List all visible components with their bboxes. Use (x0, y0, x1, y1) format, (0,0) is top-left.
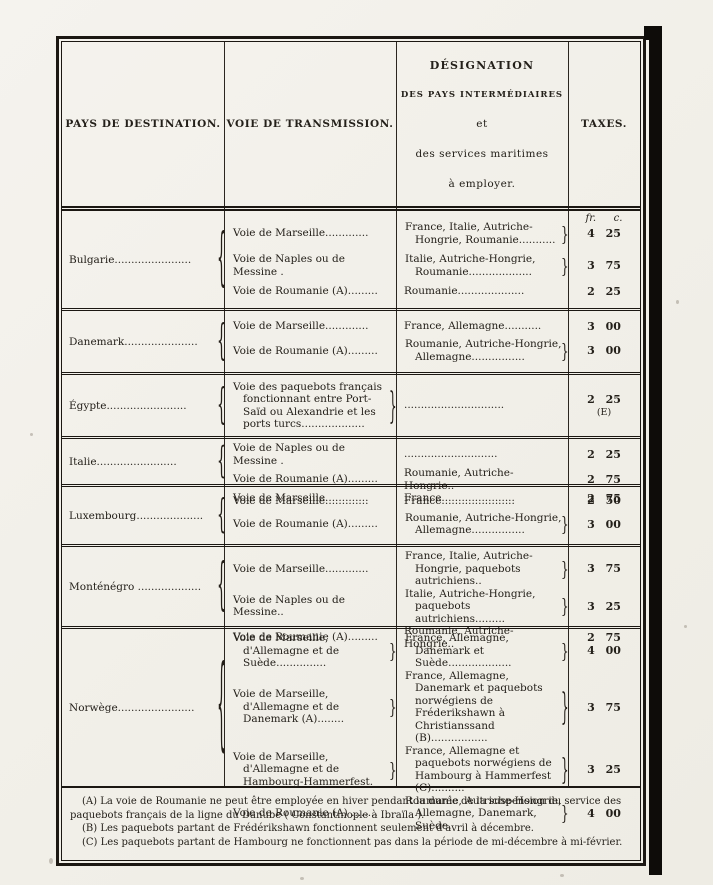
routes-group: { Voie de Marseille............. France,… (224, 311, 640, 372)
voie-text: Voie des paquebots français fonctionnant… (224, 381, 396, 431)
route-line: Voie de Naples ou de Messine . Italie, A… (224, 253, 640, 278)
taxe-value: 3 25 (568, 600, 640, 613)
route-line: Voie de Marseille............. France, A… (224, 320, 640, 333)
voie-text: Voie de Roumanie (A) ........ (224, 807, 396, 820)
route-line: Voie de Roumanie (A)......... Roumanie..… (224, 285, 640, 298)
taxe-value: 3 25 (568, 763, 640, 776)
taxe-value: 2 25 (E) (568, 393, 640, 419)
route-line: Voie de Roumanie (A)......... Roumanie, … (224, 338, 640, 363)
route-line: Voie de Roumanie (A) ........ Roumanie, … (224, 795, 640, 833)
designation-text: France...................... (396, 495, 568, 508)
header-voie: VOIE DE TRANSMISSION. (224, 42, 396, 206)
destination-label: Danemark...................... (62, 311, 224, 372)
voie-text: Voie de Marseille............. (224, 563, 396, 576)
route-line: Voie de Marseille............. France, I… (224, 550, 640, 588)
header-taxes: TAXES. (568, 42, 640, 206)
destination-label: Monténégro ................... (62, 547, 224, 626)
designation-text: France, Italie, Autriche-Hongrie, Rouman… (396, 221, 568, 246)
taxe-value: 3 00 (568, 344, 640, 357)
route-line: Voie de Marseille............. France...… (224, 494, 640, 507)
scan-speck (300, 877, 304, 880)
taxe-value: 3 75 (568, 259, 640, 272)
table-row: Monténégro ................... { Voie de… (62, 544, 640, 626)
designation-text: France, Allemagne, Danemark et paquebots… (396, 670, 568, 745)
taxe-value: 3 00 (568, 518, 640, 531)
designation-text: Italie, Autriche-Hongrie, Roumanie......… (396, 253, 568, 278)
taxe-value: 3 75 (568, 701, 640, 714)
footnote-c: (C) Les paquebots partant de Hambourg ne… (70, 836, 628, 850)
voie-text: Voie de Marseille, d'Allemagne et de Ham… (224, 751, 396, 789)
table-row: Luxembourg.................... { Voie de… (62, 484, 640, 544)
currency-units: fr. c. (568, 213, 640, 224)
route-line: Voie de Naples ou de Messine.. Italie, A… (224, 588, 640, 626)
designation-text: Italie, Autriche-Hongrie, paquebots autr… (396, 588, 568, 626)
tariff-table: PAYS DE DESTINATION. VOIE DE TRANSMISSIO… (62, 42, 640, 860)
unit-centimes: c. (614, 213, 623, 224)
taxe-value: 3 00 (568, 320, 640, 333)
routes-group: { fr. c. Voie de Marseille............. … (224, 211, 640, 308)
destination-label: Italie........................ (62, 439, 224, 484)
route-line: Voie de Marseille............. France, I… (224, 221, 640, 246)
designation-text: ............................ (396, 448, 568, 461)
taxe-value: 4 00 (568, 644, 640, 657)
route-line: Voie de Marseille, d'Allemagne et de Dan… (224, 670, 640, 745)
header-designation-line: DES PAYS INTERMÉDIAIRES (401, 90, 563, 100)
taxe-value: 4 25 (568, 227, 640, 240)
voie-text: Voie de Roumanie (A)......... (224, 285, 396, 298)
route-line: Voie de Marseille, d'Allemagne et de Ham… (224, 745, 640, 795)
route-line: Voie de Roumanie (A)......... Roumanie, … (224, 512, 640, 537)
designation-text: .............................. (396, 399, 568, 412)
scan-speck (684, 625, 687, 628)
scan-speck (560, 874, 564, 877)
header-designation-line: des services maritimes (415, 148, 548, 160)
header-designation-line: à employer. (448, 178, 515, 190)
designation-text: Roumanie, Autriche-Hongrie, Allemagne...… (396, 338, 568, 363)
route-line: Voie des paquebots français fonctionnant… (224, 381, 640, 431)
unit-francs: fr. (586, 213, 597, 224)
route-line: Voie de Naples ou de Messine . .........… (224, 442, 640, 467)
voie-text: Voie de Marseille............. (224, 320, 396, 333)
designation-text: Roumanie.................... (396, 285, 568, 298)
routes-group: { Voie de Marseille............. France,… (224, 547, 640, 626)
routes-group: { Voie de Naples ou de Messine . .......… (224, 439, 640, 484)
table-row: Italie........................ { Voie de… (62, 436, 640, 484)
header-designation-line: DÉSIGNATION (430, 59, 535, 72)
taxe-value: 2 25 (568, 285, 640, 298)
taxe-footnote-mark: (E) (597, 406, 611, 419)
designation-text: France, Allemagne et paquebots norwégien… (396, 745, 568, 795)
designation-text: Roumanie, Autriche-Hongrie, Allemagne, D… (396, 795, 568, 833)
voie-text: Voie de Marseille............. (224, 495, 396, 508)
destination-label: Norwège....................... (62, 629, 224, 786)
table-row: Égypte........................ { Voie de… (62, 372, 640, 436)
header-row: PAYS DE DESTINATION. VOIE DE TRANSMISSIO… (62, 42, 640, 206)
voie-text: Voie de Marseille, d'Allemagne et de Dan… (224, 688, 396, 726)
route-line: Voie de Marseille, d'Allemagne et de Suè… (224, 632, 640, 670)
header-designation: DÉSIGNATION DES PAYS INTERMÉDIAIRES et d… (396, 42, 568, 206)
scan-speck (30, 433, 33, 436)
voie-text: Voie de Naples ou de Messine . (224, 442, 396, 467)
destination-label: Bulgarie....................... (62, 211, 224, 308)
designation-text: France, Allemagne........... (396, 320, 568, 333)
table-row: Bulgarie....................... { fr. c.… (62, 206, 640, 308)
table-frame: PAYS DE DESTINATION. VOIE DE TRANSMISSIO… (56, 36, 646, 866)
voie-text: Voie de Roumanie (A)......... (224, 345, 396, 358)
routes-group: { Voie de Marseille, d'Allemagne et de S… (224, 629, 640, 786)
table-frame-inner: PAYS DE DESTINATION. VOIE DE TRANSMISSIO… (61, 41, 641, 861)
taxe-value: 3 75 (568, 562, 640, 575)
destination-label: Luxembourg.................... (62, 487, 224, 544)
destination-label: Égypte........................ (62, 375, 224, 436)
scan-speck (49, 858, 53, 864)
taxe-value: 4 00 (568, 807, 640, 820)
scan-speck (676, 300, 679, 304)
table-row: Danemark...................... { Voie de… (62, 308, 640, 372)
voie-text: Voie de Naples ou de Messine . (224, 253, 396, 278)
voie-text: Voie de Marseille............. (224, 227, 396, 240)
taxe-value: 2 50 (568, 494, 640, 507)
designation-text: France, Italie, Autriche-Hongrie, paqueb… (396, 550, 568, 588)
page-edge-bar (649, 26, 662, 875)
header-designation-line: et (476, 118, 487, 130)
designation-text: France, Allemagne, Danemark et Suède....… (396, 632, 568, 670)
header-destination: PAYS DE DESTINATION. (62, 42, 224, 206)
voie-text: Voie de Roumanie (A)......... (224, 518, 396, 531)
routes-group: { Voie de Marseille............. France.… (224, 487, 640, 544)
taxe-value: 2 25 (568, 448, 640, 461)
routes-group: { Voie des paquebots français fonctionna… (224, 375, 640, 436)
voie-text: Voie de Marseille, d'Allemagne et de Suè… (224, 632, 396, 670)
voie-text: Voie de Naples ou de Messine.. (224, 594, 396, 619)
designation-text: Roumanie, Autriche-Hongrie, Allemagne...… (396, 512, 568, 537)
table-row: Norwège....................... { Voie de… (62, 626, 640, 786)
